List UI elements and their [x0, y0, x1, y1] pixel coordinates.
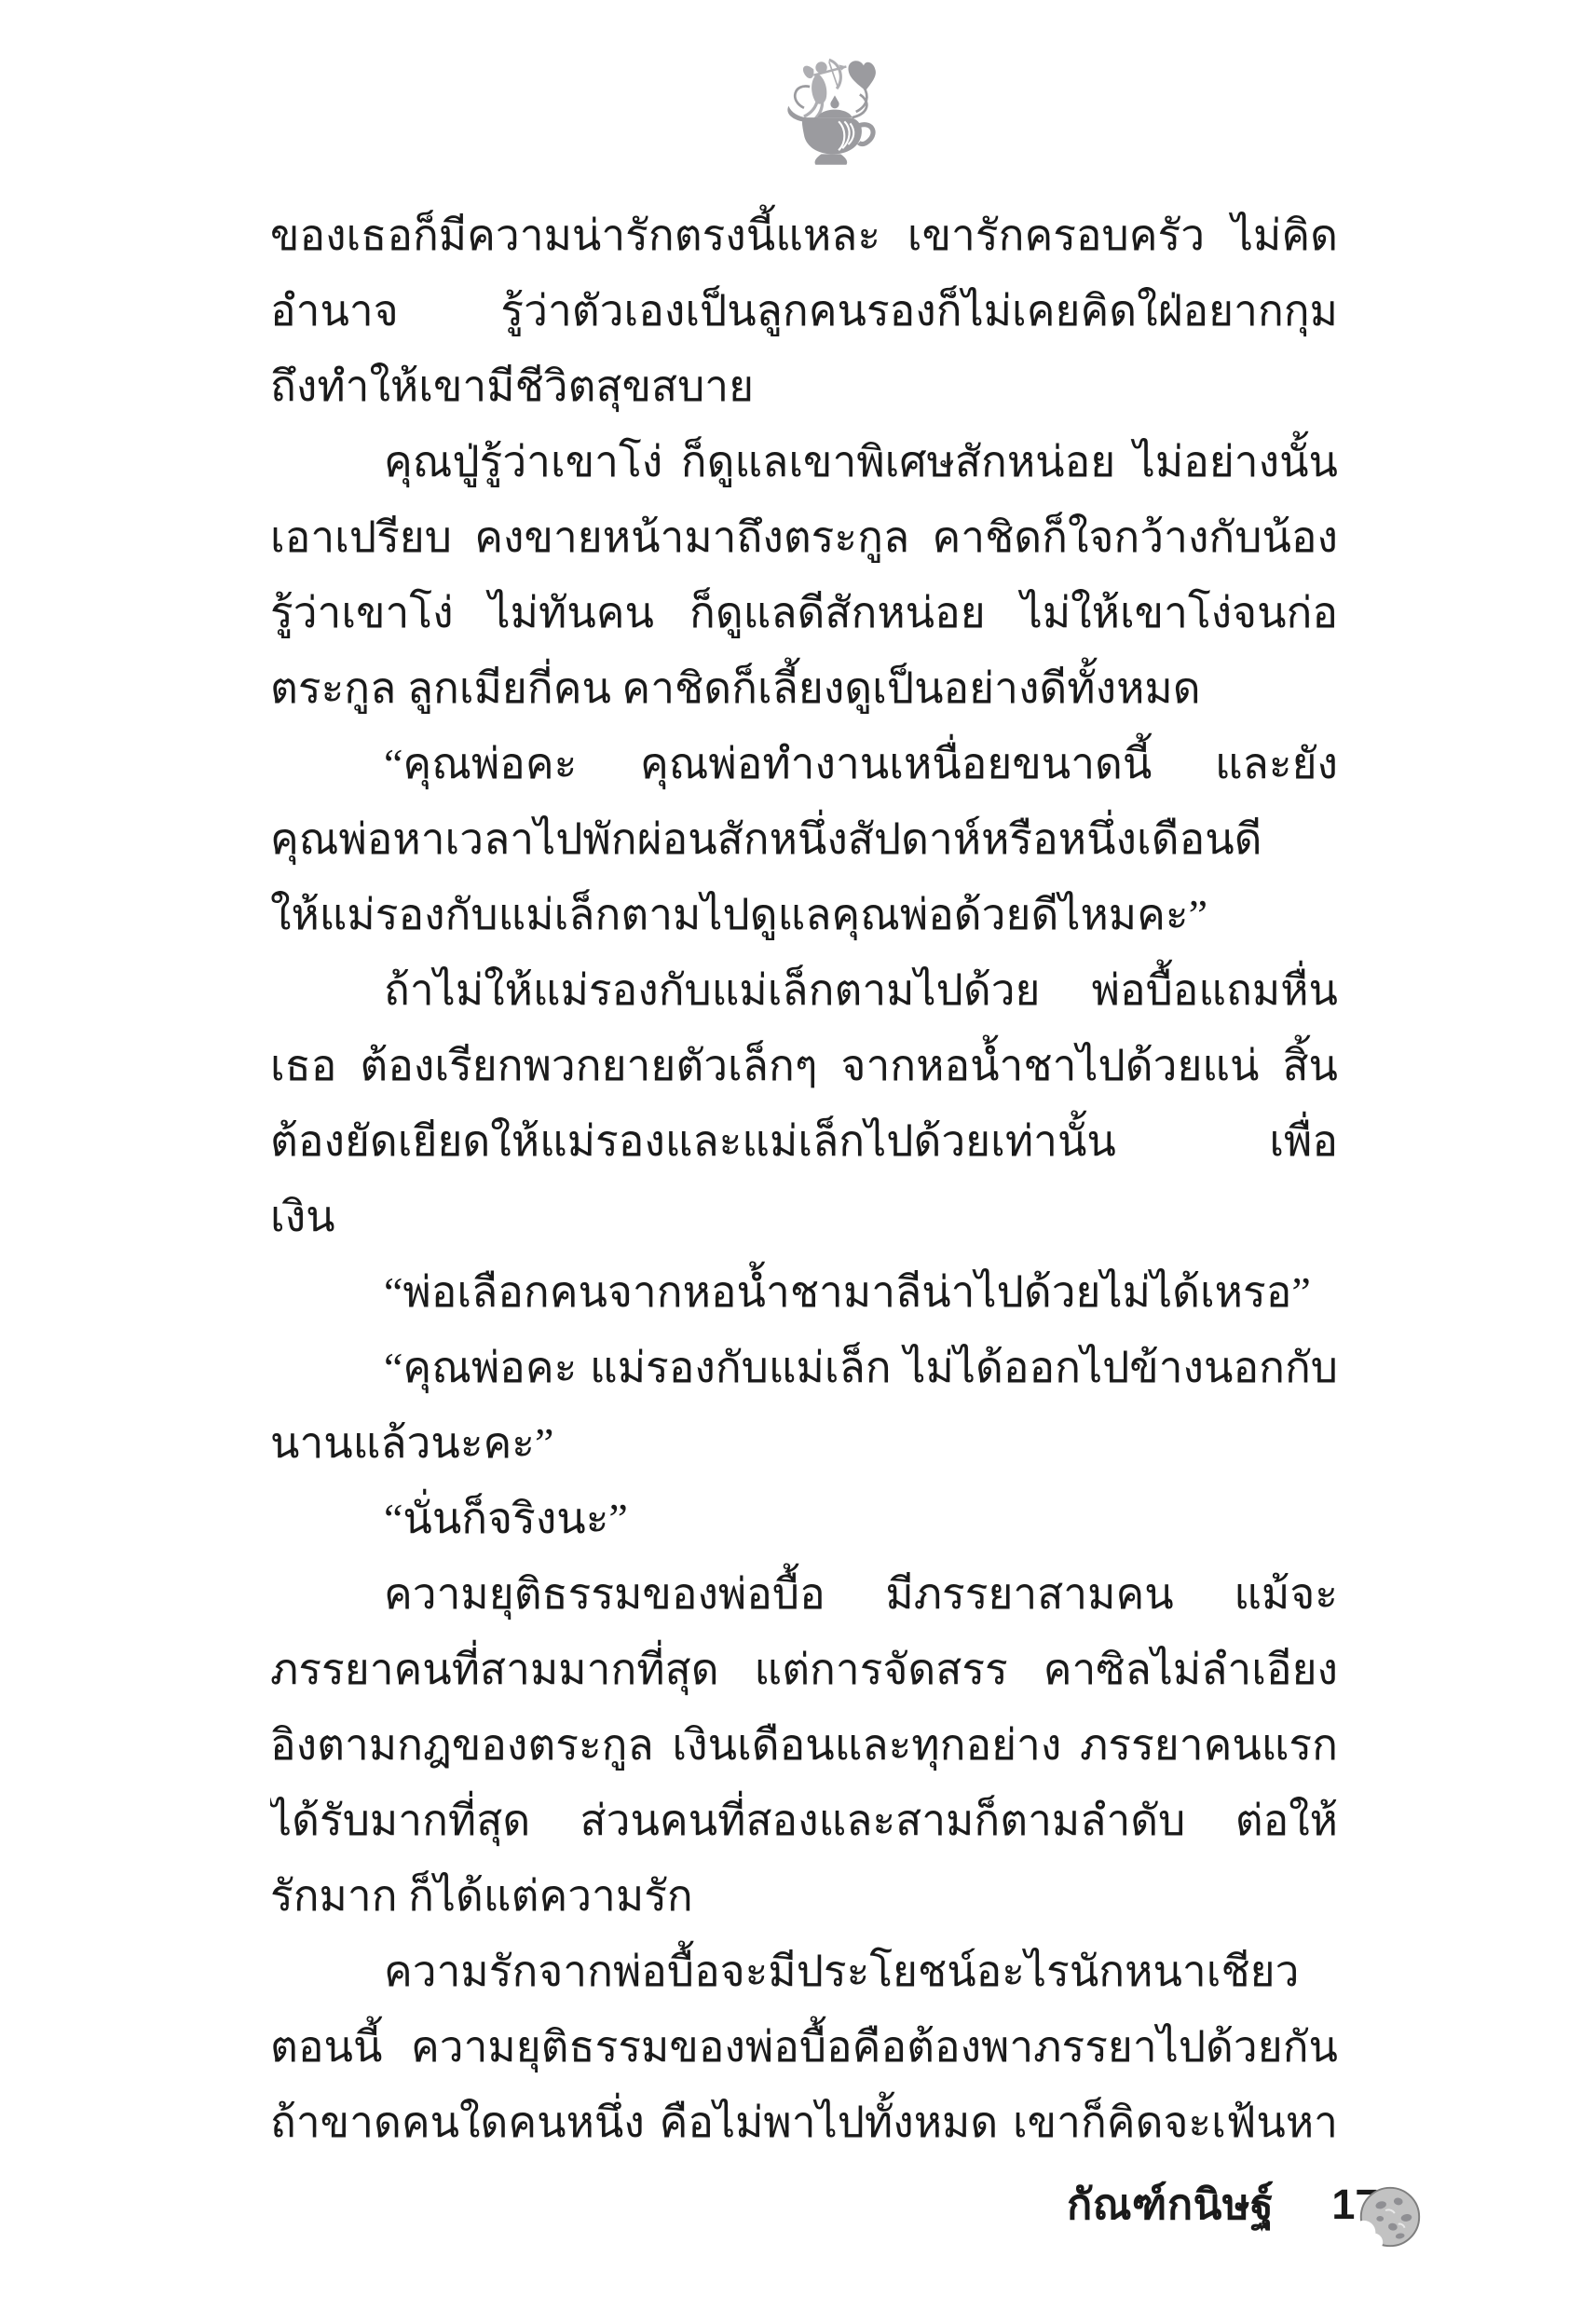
text-line: เงิน	[270, 1179, 1338, 1254]
cupid-heart-genie-lamp-icon	[779, 54, 891, 171]
book-page: ของเธอก็มีความน่ารักตรงนี้แหละ เขารักครอ…	[0, 0, 1596, 2311]
text-line: เธอ ต้องเรียกพวกยายตัวเล็กๆ จากหอน้ำชาไป…	[270, 1028, 1338, 1103]
text-line: ของเธอก็มีความน่ารักตรงนี้แหละ เขารักครอ…	[270, 198, 1338, 273]
text-line: “พ่อเลือกคนจากหอน้ำชามาลีน่าไปด้วยไม่ได้…	[270, 1254, 1338, 1330]
page-footer: กัณฑ์กนิษฐ์ 17	[1067, 2177, 1378, 2233]
text-line: นานแล้วนะคะ”	[270, 1405, 1338, 1481]
text-line: อำนาจ รู้ว่าตัวเองเป็นลูกคนรองก็ไม่เคยคิ…	[270, 273, 1338, 349]
text-line: ถ้าไม่ให้แม่รองกับแม่เล็กตามไปด้วย พ่อบื…	[270, 952, 1338, 1028]
text-line: ภรรยาคนที่สามมากที่สุด แต่การจัดสรร คาซิ…	[270, 1632, 1338, 1707]
text-line: ถ้าขาดคนใดคนหนึ่ง คือไม่พาไปทั้งหมด เขาก…	[270, 2085, 1338, 2160]
text-line: “นั่นก็จริงนะ”	[270, 1481, 1338, 1556]
text-line: คุณปู่รู้ว่าเขาโง่ ก็ดูแลเขาพิเศษสักหน่อ…	[270, 424, 1338, 499]
text-line: ได้รับมากที่สุด ส่วนคนที่สองและสามก็ตามล…	[270, 1783, 1338, 1858]
text-line: ต้องยัดเยียดให้แม่รองและแม่เล็กไปด้วยเท่…	[270, 1103, 1338, 1179]
page-text: ของเธอก็มีความน่ารักตรงนี้แหละ เขารักครอ…	[270, 198, 1338, 2160]
cookie-decoration	[1353, 2181, 1425, 2253]
text-line: ตระกูล ลูกเมียกี่คน คาชิดก็เลี้ยงดูเป็นอ…	[270, 650, 1338, 726]
text-line: ความยุติธรรมของพ่อบื้อ มีภรรยาสามคน แม้จ…	[270, 1556, 1338, 1632]
text-line: คุณพ่อหาเวลาไปพักผ่อนสักหนึ่งสัปดาห์หรือ…	[270, 801, 1338, 877]
text-line: อิงตามกฎของตระกูล เงินเดือนและทุกอย่าง ภ…	[270, 1707, 1338, 1783]
footer-book-title: กัณฑ์กนิษฐ์	[1067, 2177, 1274, 2233]
text-line: ถึงทำให้เขามีชีวิตสุขสบาย	[270, 349, 1338, 424]
text-line: รู้ว่าเขาโง่ ไม่ทันคน ก็ดูแลดีสักหน่อย ไ…	[270, 575, 1338, 650]
text-line: “คุณพ่อคะ แม่รองกับแม่เล็ก ไม่ได้ออกไปข้…	[270, 1330, 1338, 1405]
header-ornament	[779, 54, 891, 171]
text-line: ให้แม่รองกับแม่เล็กตามไปดูแลคุณพ่อด้วยดี…	[270, 877, 1338, 952]
text-line: “คุณพ่อคะ คุณพ่อทำงานเหนื่อยขนาดนี้ และย…	[270, 726, 1338, 801]
text-line: เอาเปรียบ คงขายหน้ามาถึงตระกูล คาชิดก็ใจ…	[270, 499, 1338, 575]
bitten-cookie-icon	[1353, 2181, 1425, 2253]
text-line: ตอนนี้ ความยุติธรรมของพ่อบื้อคือต้องพาภร…	[270, 2009, 1338, 2085]
text-line: ความรักจากพ่อบื้อจะมีประโยชน์อะไรนักหนาเ…	[270, 1934, 1338, 2009]
text-line: รักมาก ก็ได้แต่ความรัก	[270, 1858, 1338, 1934]
